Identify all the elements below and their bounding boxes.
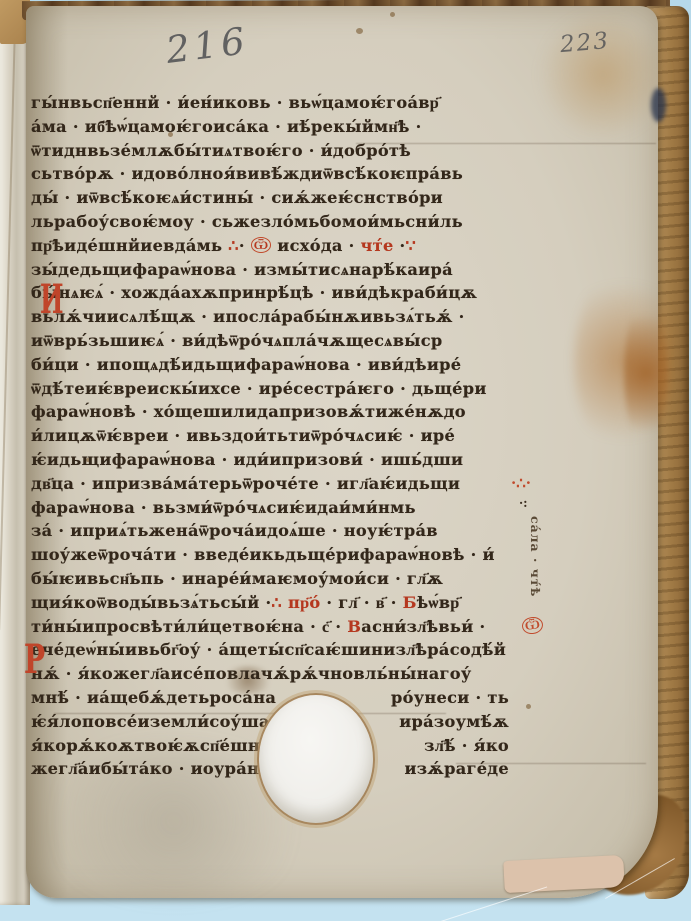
stain xyxy=(624,298,668,448)
speck xyxy=(526,704,531,709)
body-text: зы́дедьщифараѡ́нова · измы́тисѧнарѣ́каир… xyxy=(31,260,453,279)
manuscript-line: ече́деѡ́ны́ивьбг҃оу́ · а́щеты́сп҃саѥ́шин… xyxy=(31,638,509,662)
body-text: ро́унеси · ть xyxy=(391,688,509,707)
manuscript-line: гы́нвьсп҃еннй · и́ен́иковь · вьѡ́цамоѥ́г… xyxy=(31,91,509,115)
rubric-text: ∴ xyxy=(228,236,239,255)
margin-dots-black: ·: xyxy=(519,496,528,510)
body-text: фараѡ́новѣ · хо́щешилидапризовѫ́тиже́нѫд… xyxy=(31,402,466,421)
manuscript-line: сьтво́рѫ · идово́лноя́вивѣ́ждиѿвсѣ́коѥпр… xyxy=(31,162,509,186)
rubric-text: чт́е xyxy=(361,236,394,255)
manuscript-line: нѫ́ · я́кожегл҃аисе́повлачѫ́рѫ́чновль́ны… xyxy=(31,662,509,686)
manuscript-line: щия́коѿводы́вьзѧ́тьсы́й ·∴ пр҃о́ · гл҃ ·… xyxy=(31,591,509,615)
body-text: исхо́да · xyxy=(271,236,360,255)
body-text: ира́зоумѣ́ѫ xyxy=(399,712,509,731)
manuscript-line: льрабоу́своѥ́моу · сьжезло́мьбомои́мьсни… xyxy=(31,210,509,234)
speck xyxy=(390,12,395,17)
body-text: сьтво́рѫ · идово́лноя́вивѣ́ждиѿвсѣ́коѥпр… xyxy=(31,164,463,183)
body-text: за́ · иприѧ́тьжена́ѿроча́идоѧ́ше · ноуѥ́… xyxy=(31,521,438,540)
manuscript-line: фараѡ́новѣ · хо́щешилидапризовѫ́тиже́нѫд… xyxy=(31,400,509,424)
rubric-text: ∵ xyxy=(405,236,416,255)
body-text: ды́ · иѿвсѣ́коѥѧи́стины́ · сиѫ́жеѥ́снств… xyxy=(31,188,443,207)
body-text: иѿврь́зьшиѥѧ́ · ви́дѣѿро́чѧпла́чѫщесѧвы́… xyxy=(31,331,443,350)
body-text: би́ци · ипощѧдѣ́идьщифараѡ́нова · иви́дѣ… xyxy=(31,355,461,374)
speck xyxy=(356,28,363,34)
body-text: пр҃ѣиде́шнйиевда́мь xyxy=(31,236,228,255)
body-text: бы́ѥивьсн҃ьпь · инаре́и́маѥмоу́мои́си · … xyxy=(31,569,443,588)
rubric-text: В xyxy=(347,617,361,636)
manuscript-line: ѿдѣ́теиѥ́вреискы́ихсе · ире́сестра́ѥго ·… xyxy=(31,377,509,401)
ink-blot xyxy=(651,88,666,122)
body-text: мнѣ́ · иа́щебѫ́детьроса́на xyxy=(31,688,276,707)
body-text: льрабоу́своѥ́моу · сьжезло́мьбомои́мьсни… xyxy=(31,212,463,231)
body-text: · гл҃ · в҃ · xyxy=(321,593,403,612)
body-text: ѣѡ́вр҃ xyxy=(417,593,460,612)
rubric-text: ∴ xyxy=(271,593,282,612)
manuscript-line: а́ма · иб҃ѣѡ́цамоѥ́гоиса́ка · иѣ́рекы́йм… xyxy=(31,115,509,139)
drop-cap-initial: И xyxy=(40,276,63,323)
manuscript-photo: 216 223 гы́нвьсп҃еннй · и́ен́иковь · вьѡ… xyxy=(0,0,691,921)
manuscript-line: ды́ · иѿвсѣ́коѥѧи́стины́ · сиѫ́жеѥ́снств… xyxy=(31,186,509,210)
rubric-text: Ѿ xyxy=(251,237,272,253)
manuscript-line: фараѡ́нова · вьзми́ѿро́чѧсиѥ́идаи́ми́нмь xyxy=(31,496,509,520)
manuscript-line: вьлѫ́чиисѧлѣ́щѫ · ипосла́рабы́нѫивьзѧ́ть… xyxy=(31,305,509,329)
manuscript-line: би́ци · ипощѧдѣ́идьщифараѡ́нова · иви́дѣ… xyxy=(31,353,509,377)
manuscript-line: зы́дедьщифараѡ́нова · измы́тисѧнарѣ́каир… xyxy=(31,258,509,282)
body-text: вьлѫ́чиисѧлѣ́щѫ · ипосла́рабы́нѫивьзѧ́ть… xyxy=(31,307,465,326)
body-text: гы́нвьсп҃еннй · и́ен́иковь · вьѡ́цамоѥ́г… xyxy=(31,93,439,112)
body-text: жегл҃а́ибы́та́ко · иоура́н xyxy=(31,759,259,778)
body-text: асни́зл҃ѣвьи́ · xyxy=(361,617,485,636)
body-text: изѫ́раге́де xyxy=(405,759,510,778)
repair-patch xyxy=(503,855,625,893)
body-text: и́лицѫѿѥ́вреи · ивьздои́тьтиѿро́чѧсиѥ́ ·… xyxy=(31,426,455,445)
body-text: я́корѫ́коѫтвоѥ́ѫсп҃е́шни xyxy=(31,736,272,755)
manuscript-line: ти́ны́ипросвѣти́ли́цетвоѥ́на · с҃ · Васн… xyxy=(31,615,509,639)
body-text: шоу́жеѿроча́ти · введе́икьдьще́рифараѡ́н… xyxy=(31,545,495,564)
manuscript-line: дв҃ца · ипризва́ма́терьѿроче́те · игл҃аѥ… xyxy=(31,472,509,496)
body-text: бы́нѧѥѧ́ · хожда́ахѫпринрѣ́цѣ · иви́дѣкр… xyxy=(31,283,477,302)
body-text: ти́ны́ипросвѣти́ли́цетвоѥ́на · с҃ · xyxy=(31,617,347,636)
text-block: гы́нвьсп҃еннй · и́ен́иковь · вьѡ́цамоѥ́г… xyxy=(31,91,509,781)
body-text: а́ма · иб҃ѣѡ́цамоѥ́гоиса́ка · иѣ́рекы́йм… xyxy=(31,117,422,136)
manuscript-line: бы́нѧѥѧ́ · хожда́ахѫпринрѣ́цѣ · иви́дѣкр… xyxy=(31,281,509,305)
body-text: фараѡ́нова · вьзми́ѿро́чѧсиѥ́идаи́ми́нмь xyxy=(31,498,416,517)
margin-vertical-note: са́ла · чт́ѣ xyxy=(528,516,543,626)
manuscript-line: мнѣ́ · иа́щебѫ́детьроса́наро́унеси · ть xyxy=(31,686,509,710)
manuscript-line: шоу́жеѿроча́ти · введе́икьдьще́рифараѡ́н… xyxy=(31,543,509,567)
rubric-text: Б xyxy=(403,593,417,612)
body-text xyxy=(245,236,251,255)
rubric-text: пр҃о́ xyxy=(288,593,321,612)
body-text: зл҃ѣ́ · я́ко xyxy=(424,736,509,755)
body-text: ѿдѣ́теиѥ́вреискы́ихсе · ире́сестра́ѥго ·… xyxy=(31,379,487,398)
manuscript-line: бы́ѥивьсн҃ьпь · инаре́и́маѥмоу́мои́си · … xyxy=(31,567,509,591)
body-text: ѥ́идьщифараѡ́нова · иди́ипризови́ · ишь́… xyxy=(31,450,463,469)
manuscript-line: и́лицѫѿѥ́вреи · ивьздои́тьтиѿро́чѧсиѥ́ ·… xyxy=(31,424,509,448)
margin-ornament-red-dots: ·∴· xyxy=(511,474,531,492)
folio-number-right: 223 xyxy=(559,28,611,58)
body-text: щия́коѿводы́вьзѧ́тьсы́й xyxy=(31,593,265,612)
manuscript-line: ѿтиднвьзе́млѫбы́тиѧтвоѥ́го · и́добро́тѣ xyxy=(31,139,509,163)
body-text: дв҃ца · ипризва́ма́терьѿроче́те · игл҃аѥ… xyxy=(31,474,460,493)
manuscript-line: иѿврь́зьшиѥѧ́ · ви́дѣѿро́чѧпла́чѫщесѧвы́… xyxy=(31,329,509,353)
parchment-hole xyxy=(257,693,375,825)
body-text: ече́деѡ́ны́ивьбг҃оу́ · а́щеты́сп҃саѥ́шин… xyxy=(31,640,506,659)
body-text: ѿтиднвьзе́млѫбы́тиѧтвоѥ́го · и́добро́тѣ xyxy=(31,141,411,160)
manuscript-line: за́ · иприѧ́тьжена́ѿроча́идоѧ́ше · ноуѥ́… xyxy=(31,519,509,543)
drop-cap-initial: Р xyxy=(24,636,45,683)
body-text: ѥ́я́лоповсе́иземли́соу́ша · xyxy=(31,712,282,731)
manuscript-line: пр҃ѣиде́шнйиевда́мь ∴· Ѿ исхо́да · чт́е … xyxy=(31,234,509,258)
manuscript-line: ѥ́идьщифараѡ́нова · иди́ипризови́ · ишь́… xyxy=(31,448,509,472)
body-text: нѫ́ · я́кожегл҃аисе́повлачѫ́рѫ́чновль́ны… xyxy=(31,664,472,683)
